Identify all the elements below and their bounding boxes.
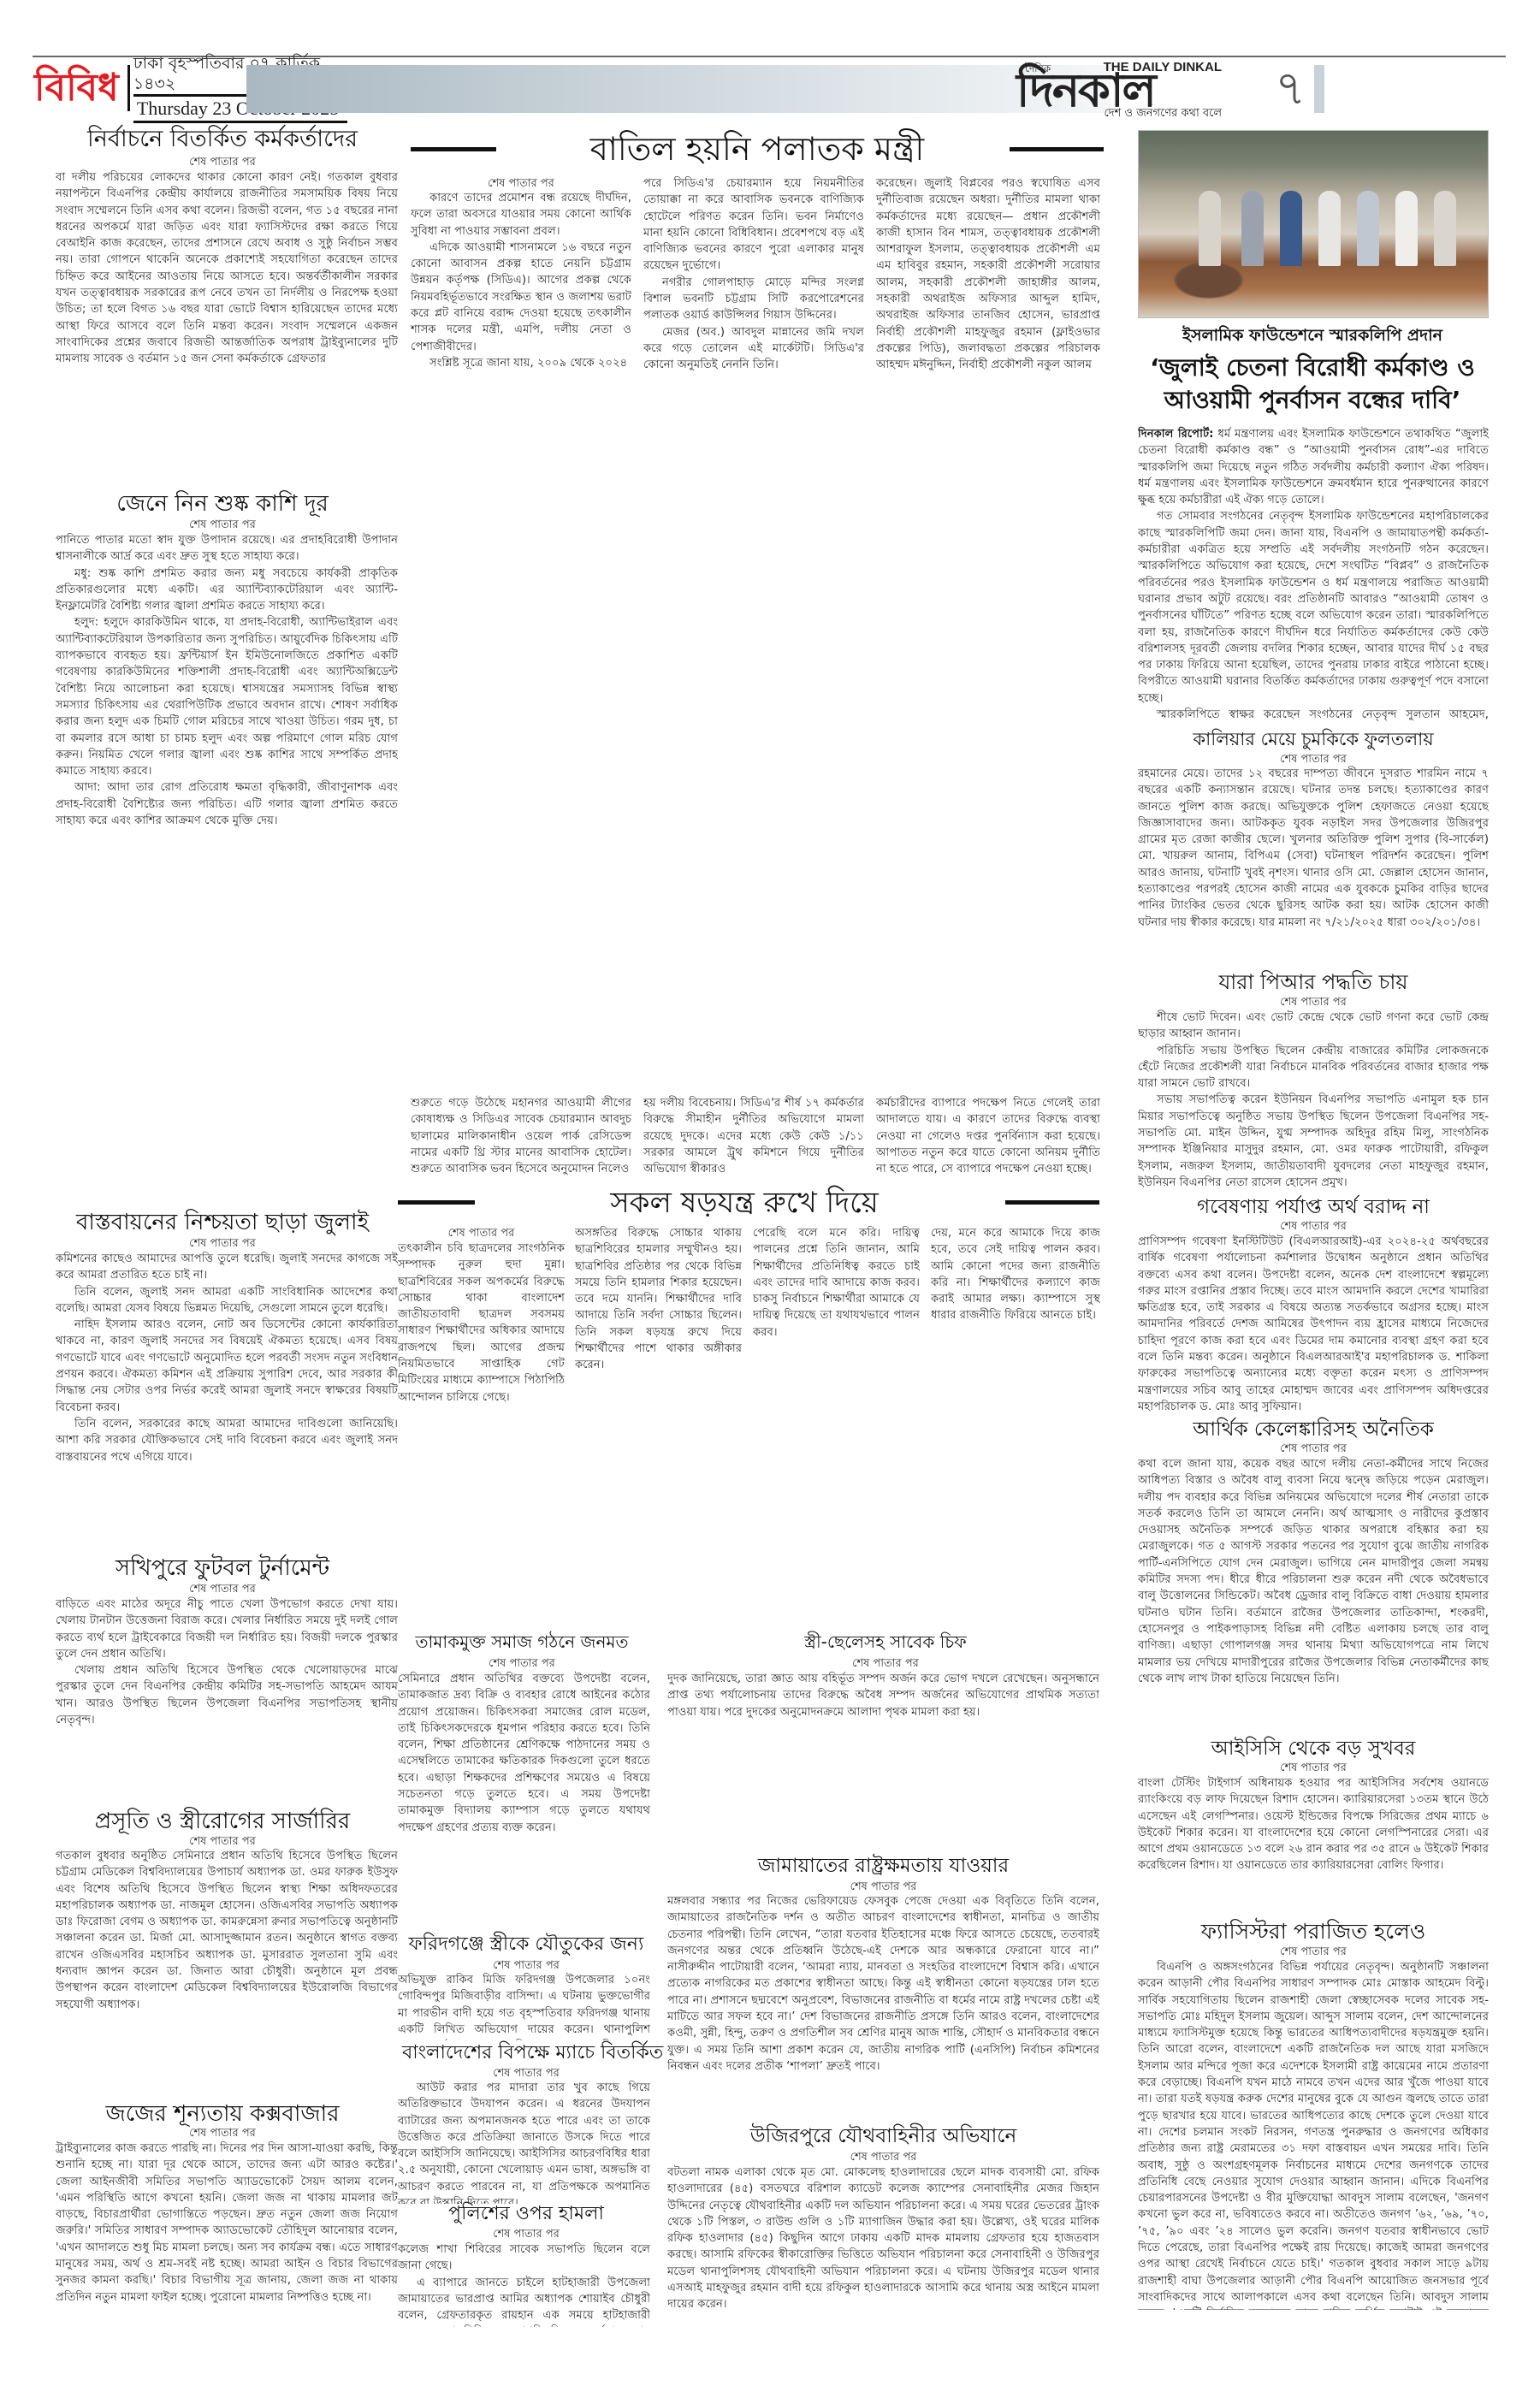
news-photo [1138, 130, 1489, 318]
paragraph: হয় দলীয় বিবেচনায়। সিডিএ'র শীর্ষ ১৭ কর… [643, 1095, 864, 1177]
paragraph: সেমিনারে প্রধান অতিথির বক্তব্যে উপদেষ্টা… [398, 1671, 650, 1836]
paragraph: এ ব্যাপারে জানতে চাইলে হাটহাজারী উপজেলা … [398, 2275, 650, 2327]
article-jojer-body: ট্রাইব্যুনালের কাজ করতে পারছি না। দিনের … [56, 2140, 398, 2324]
page-number: ৭ [1275, 63, 1306, 115]
paragraph: সংশ্লিষ্ট সূত্রে জানা যায়, ২০০৯ থেকে ২০… [411, 355, 631, 371]
paragraph: কলেজ শাখা শিবিরের সাবেক সভাপতি ছিলেন বলে… [398, 2241, 650, 2275]
paragraph: দিনকাল রিপোর্ট: ধর্ম মন্ত্রণালয় এবং ইসল… [1138, 426, 1489, 508]
paragraph: নাহিদ ইসলাম আরও বলেন, নোট অব ডিসেন্টের ক… [56, 1317, 398, 1416]
article-batil-col2: পরে সিডিএ'র চেয়ারম্যান হয়ে নিয়মনীতির … [643, 175, 864, 1091]
article-julai-body: কমিশনের কাছেও আমাদের আপত্তি তুলে ধরেছি। … [56, 1251, 398, 1542]
article-batil-snippet2: হয় দলীয় বিবেচনায়। সিডিএ'র শীর্ষ ১৭ কর… [643, 1095, 864, 1181]
paragraph: অসঙ্গতির বিরুদ্ধে সোচ্চার থাকায় ছাত্রশি… [575, 1225, 742, 1374]
article-batil-snippet3: কর্মচারীদের ব্যাপারে পদক্ষেপ নিতে গেলেই … [876, 1095, 1100, 1181]
paragraph: হলুদ: হলুদে কারকিউমিন থাকে, যা প্রদাহ-বি… [56, 614, 398, 779]
headline-bar-right [1010, 147, 1104, 151]
paragraph: অভিযুক্ত রাকিব মিজি ফরিদগঞ্জ উপজেলার ১০ন… [398, 1972, 650, 2040]
paragraph: বিএনপি ও অঙ্গসংগঠনের বিভিন্ন পর্যায়ের ন… [1138, 1959, 1489, 2310]
logo-tagline: দেশ ও জনগণের কথা বলে [1105, 105, 1222, 123]
paragraph: বাংলা টেস্টিং টাইগার্স অধিনায়ক হওয়ার প… [1138, 1775, 1489, 1874]
article-police-body: কলেজ শাখা শিবিরের সাবেক সভাপতি ছিলেন বলে… [398, 2241, 650, 2327]
byline: দিনকাল রিপোর্ট: [1138, 428, 1213, 441]
paragraph: গতকাল বুধবার অনুষ্ঠিত সেমিনারে প্রধান অত… [56, 1848, 398, 2013]
headline-stri-chele: স্ত্রী-ছেলেসহ সাবেক চিফ [676, 1630, 1095, 1658]
paragraph: রহমানের মেয়ে। তাদের ১২ বছরের দাম্পত্য জ… [1138, 766, 1489, 931]
paragraph: দেয়, মনে করে আমাকে দিয়ে কাজ হবে, তবে স… [931, 1225, 1100, 1324]
paragraph: শুরুতে গড়ে উঠেছে মহানগর আওয়ামী লীগের ক… [411, 1095, 631, 1177]
masthead-gradient-band [246, 65, 1111, 113]
paragraph: শীষে ভোট দিবেন। এবং ভোট কেন্দ্রে থেকে ভো… [1138, 1009, 1489, 1043]
headline-sakol: সকল ষড়যন্ত্র রুখে দিয়ে [496, 1181, 992, 1229]
article-ujirpur-body: বটতলা নামক এলাকা থেকে মৃত মো. মোকলেছ হাও… [667, 2164, 1099, 2336]
paragraph: বা দলীয় পরিচয়ের লোকদের থাকার কোনো কারণ… [56, 169, 398, 368]
paragraph: পরে সিডিএ'র চেয়ারম্যান হয়ে নিয়মনীতির … [643, 175, 864, 275]
kicker-headline-islamic: ইসলামিক ফাউন্ডেশনে স্মারকলিপি প্রদান [1138, 323, 1487, 351]
article-fascist-body: বিএনপি ও অঙ্গসংগঠনের বিভিন্ন পর্যায়ের ন… [1138, 1959, 1489, 2310]
article-faridganj-body: অভিযুক্ত রাকিব মিজি ফরিদগঞ্জ উপজেলার ১০ন… [398, 1972, 650, 2040]
paragraph: করেছেন। জুলাই বিপ্লবের পরও স্বঘোষিত এসব … [876, 175, 1100, 374]
paragraph: প্রাণিসম্পদ গবেষণা ইনস্টিটিউট (বিএলআরআই)… [1138, 1234, 1489, 1412]
paragraph: সভায় সভাপতিত্ব করেন ইউনিয়ন বিএনপির সভা… [1138, 1092, 1489, 1187]
headline-faridganj: ফরিদগঞ্জে স্ত্রীকে যৌতুকের জন্য [402, 1929, 650, 1961]
masthead-divider [127, 65, 130, 111]
paragraph: তৎকালীন চবি ছাত্রদলের সাংগঠনিক সম্পাদক ন… [398, 1240, 565, 1406]
article-batil-col3: করেছেন। জুলাই বিপ্লবের পরও স্বঘোষিত এসব … [876, 175, 1100, 1091]
article-icc-body: বাংলা টেস্টিং টাইগার্স অধিনায়ক হওয়ার প… [1138, 1775, 1489, 1912]
article-gobeshona-body: প্রাণিসম্পদ গবেষণা ইনস্টিটিউট (বিএলআরআই)… [1138, 1234, 1489, 1412]
paragraph: খেলায় প্রধান অতিথি হিসেবে উপস্থিত থেকে … [56, 1662, 398, 1728]
article-islamic-body: দিনকাল রিপোর্ট: ধর্ম মন্ত্রণালয় এবং ইসল… [1138, 426, 1489, 721]
paragraph: কারণে তাদের প্রমোশন বন্ধ রয়েছে দীর্ঘদিন… [411, 190, 631, 240]
headline-bar-right [1005, 1200, 1099, 1205]
paragraph: বটতলা নামক এলাকা থেকে মৃত মো. মোকলেছ হাও… [667, 2164, 1099, 2313]
article-stri-chele-body: দুদক জানিয়েছে, তারা জ্ঞাত আয় বহির্ভূত … [667, 1671, 1099, 1850]
article-nirbachone-body: বা দলীয় পরিচয়ের লোকদের থাকার কোনো কারণ… [56, 169, 398, 482]
paragraph: মধু: শুষ্ক কাশি প্রশমিত করার জন্য মধু সব… [56, 565, 398, 615]
paragraph: পরিচিতি সভায় উপস্থিত ছিলেন কেন্দ্রীয় ব… [1138, 1043, 1489, 1092]
headline-tamak: তামাকমুক্ত সমাজ গঠনে জনমত [402, 1630, 642, 1658]
paragraph: কমিশনের কাছেও আমাদের আপত্তি তুলে ধরেছি। … [56, 1251, 398, 1284]
article-arthik-body: কথা বলে জানা যায়, কয়েক বছর আগে দলীয় ন… [1138, 1456, 1489, 1728]
paragraph: গত সোমবার সংগঠনের নেতৃবৃন্দ ইসলামিক ফাউন… [1138, 508, 1489, 707]
headline-batil: বাতিল হয়নি পলাতক মন্ত্রী [513, 124, 1001, 179]
paragraph: আদা: আদা তার রোগ প্রতিরোধ ক্ষমতা বৃদ্ধিক… [56, 779, 398, 829]
article-pr-body: শীষে ভোট দিবেন। এবং ভোট কেন্দ্রে থেকে ভো… [1138, 1009, 1489, 1187]
article-batil-col1: কারণে তাদের প্রমোশন বন্ধ রয়েছে দীর্ঘদিন… [411, 190, 631, 1088]
paragraph: এদিকে আওয়ামী শাসনামলে ১৬ বছরে নতুন কোনো… [411, 240, 631, 355]
article-sakol-col2: অসঙ্গতির বিরুদ্ধে সোচ্চার থাকায় ছাত্রশি… [575, 1225, 742, 1619]
article-bangladesh-match-body: আউট করার পর মাদারা তার খুব কাছে গিয়ে অত… [398, 2080, 650, 2204]
article-kashi-body: পানিতে পাতার মতো স্বাদ যুক্ত উপাদান রয়ে… [56, 532, 398, 938]
paragraph: মেজর (অব.) আবদুল মান্নানের জমি দখল করে গ… [643, 324, 864, 374]
page-number-bar [1314, 65, 1324, 113]
article-prasuti-body: গতকাল বুধবার অনুষ্ঠিত সেমিনারে প্রধান অত… [56, 1848, 398, 2096]
headline-islamic-line2: আওয়ামী পুনর্বাসন বন্ধের দাবি’ [1125, 382, 1500, 422]
newspaper-logo: দৈনিক THE DAILY DINKAL দিনকাল দেশ ও জনগণ… [1016, 60, 1222, 120]
paragraph: মঙ্গলবার সন্ধ্যার পর নিজের ভেরিফায়েড ফে… [667, 1893, 1099, 2075]
article-sakhipur-body: বাড়িতে এবং মাঠের অদূরে নীচু পাতে খেলা উ… [56, 1596, 398, 1802]
article-sakol-col3: পেরেছি বলে মনে করি। দায়িত্ব পালনের প্রশ… [753, 1225, 920, 1619]
paragraph: ট্রাইব্যুনালের কাজ করতে পারছি না। দিনের … [56, 2140, 398, 2306]
paragraph: তিনি বলেন, সরকারের কাছে আমরা আমাদের দাবি… [56, 1416, 398, 1465]
paragraph: তিনি বলেন, জুলাই সনদ আমরা একটি সাংবিধানি… [56, 1284, 398, 1317]
paragraph: নগরীর গোলপাহাড় মোড়ে মন্দির সংলগ্ন বিশা… [643, 275, 864, 324]
paragraph: কর্মচারীদের ব্যাপারে পদক্ষেপ নিতে গেলেই … [876, 1095, 1100, 1177]
article-jamaat-body: মঙ্গলবার সন্ধ্যার পর নিজের ভেরিফায়েড ফে… [667, 1893, 1099, 2114]
article-kaliar-body: রহমানের মেয়ে। তাদের ১২ বছরের দাম্পত্য জ… [1138, 766, 1489, 962]
article-sakol-col1: তৎকালীন চবি ছাত্রদলের সাংগঠনিক সম্পাদক ন… [398, 1240, 565, 1621]
paragraph: স্মারকলিপিতে স্বাক্ষর করেছেন সংগঠনের নেত… [1138, 707, 1489, 721]
paragraph: পানিতে পাতার মতো স্বাদ যুক্ত উপাদান রয়ে… [56, 532, 398, 565]
article-batil-snippet1: শুরুতে গড়ে উঠেছে মহানগর আওয়ামী লীগের ক… [411, 1095, 631, 1181]
headline-bar-left [398, 1200, 475, 1205]
paragraph: কথা বলে জানা যায়, কয়েক বছর আগে দলীয় ন… [1138, 1456, 1489, 1687]
paragraph: বাড়িতে এবং মাঠের অদূরে নীচু পাতে খেলা উ… [56, 1596, 398, 1662]
article-tamak-body: সেমিনারে প্রধান অতিথির বক্তব্যে উপদেষ্টা… [398, 1671, 650, 1927]
paragraph: দুদক জানিয়েছে, তারা জ্ঞাত আয় বহির্ভূত … [667, 1671, 1099, 1720]
paragraph: পেরেছি বলে মনে করি। দায়িত্ব পালনের প্রশ… [753, 1225, 920, 1341]
section-title: বিবিধ [34, 62, 124, 115]
article-sakol-col4: দেয়, মনে করে আমাকে দিয়ে কাজ হবে, তবে স… [931, 1225, 1100, 1619]
paragraph: আউট করার পর মাদারা তার খুব কাছে গিয়ে অত… [398, 2080, 650, 2204]
headline-bar-left [411, 147, 496, 151]
